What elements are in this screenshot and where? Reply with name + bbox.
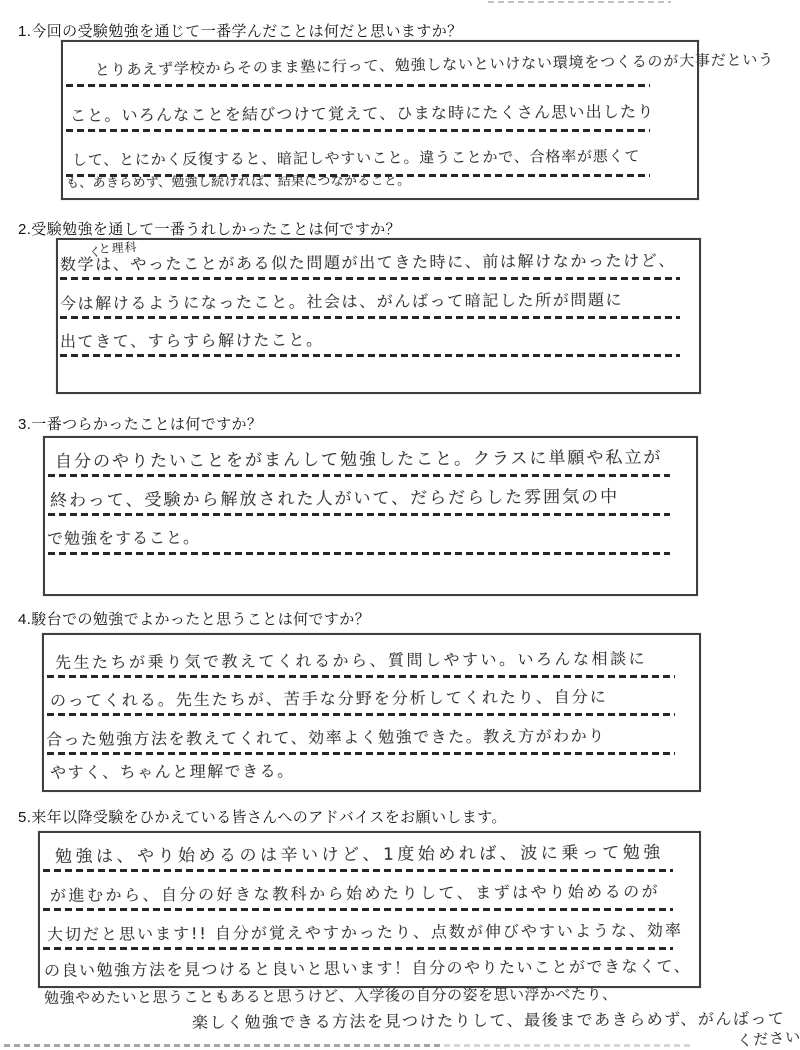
answer-line: 先生たちが乗り気で教えてくれるから、質問しやすい。いろんな相談に — [55, 649, 647, 674]
scanned-questionnaire-page: 1.今回の受験勉強を通じて一番学んだことは何だと思いますか？ とりあえず学校から… — [0, 0, 800, 1050]
question-label-2: 2.受験勉強を通して一番うれしかったことは何ですか？ — [18, 218, 401, 239]
answer-line: 大切だと思います!! 自分が覚えやすかったり、点数が伸びやすいような、効率 — [47, 921, 683, 946]
dashed-writing-rule — [43, 947, 673, 950]
dashed-writing-rule — [48, 513, 670, 516]
answer-line: で勉強をすること。 — [47, 528, 200, 550]
dashed-writing-rule — [66, 84, 650, 87]
dashed-writing-rule — [60, 354, 680, 357]
dashed-writing-rule — [66, 129, 650, 132]
answer-line: 出てきて、すらすら解けたこと。 — [60, 330, 324, 353]
answer-line: やすく、ちゃんと理解できる。 — [50, 761, 295, 784]
dashed-writing-rule — [47, 675, 675, 678]
answer-line: 終わって、受験から解放された人がいて、だらだらした雰囲気の中 — [50, 486, 619, 512]
question-label-3: 3.一番つらかったことは何ですか？ — [18, 413, 262, 434]
dashed-writing-rule — [60, 277, 680, 280]
question-label-5: 5.来年以降受験をひかえている皆さんへのアドバイスをお願いします。 — [18, 806, 507, 827]
answer-line: が進むから、自分の好きな教科から始めたりして、まずはやり始めるのが — [50, 882, 660, 907]
question-label-4: 4.駿台での勉強でよかったと思うことは何ですか？ — [18, 608, 370, 629]
dashed-writing-rule — [48, 474, 670, 477]
dashed-writing-rule — [47, 752, 675, 755]
scan-artifact-bottom-dashes — [4, 1044, 444, 1047]
answer-line: して、とにかく反復すると、暗記しやすいこと。違うことかで、合格率が悪くて — [72, 147, 640, 170]
scan-artifact-bottom-dashes-faint — [444, 1044, 690, 1047]
answer-closing-line: ください!! — [737, 1027, 800, 1050]
scan-artifact-top-dashes — [488, 1, 671, 3]
answer-line: 勉強やめたいと思うこともあると思うけど、入学後の自分の姿を思い浮かべたり、 — [44, 985, 618, 1009]
answer-line: 数学は、やったことがある似た問題が出てきた時に、前は解けなかったけど、 — [60, 251, 676, 276]
answer-line: こと。いろんなことを結びつけて覚えて、ひまな時にたくさん思い出したり — [70, 102, 655, 127]
dashed-writing-rule — [43, 869, 673, 872]
dashed-writing-rule — [47, 713, 675, 716]
answer-line: のってくれる。先生たちが、苦手な分野を分析してくれたり、自分に — [50, 687, 608, 712]
answer-line: 自分のやりたいことをがまんして勉強したこと。クラスに単願や私立が — [55, 447, 663, 473]
answer-line: 合った勉強方法を教えてくれて、効率よく勉強できた。教え方がわかり — [46, 726, 606, 751]
dashed-writing-rule — [43, 908, 673, 911]
dashed-writing-rule — [60, 316, 680, 319]
answer-line: 今は解けるようになったこと。社会は、がんばって暗記した所が問題に — [60, 290, 623, 315]
question-label-1: 1.今回の受験勉強を通じて一番学んだことは何だと思いますか？ — [18, 20, 463, 41]
dashed-writing-rule — [48, 552, 670, 555]
answer-line: 楽しく勉強できる方法を見つけたりして、最後まであきらめず、がんばって — [192, 1009, 786, 1034]
answer-line: 勉強は、やり始めるのは辛いけど、1度始めれば、波に乗って勉強 — [55, 842, 664, 868]
answer-line: も、あきらめず、勉強し続ければ、結果につながること。 — [66, 174, 411, 193]
